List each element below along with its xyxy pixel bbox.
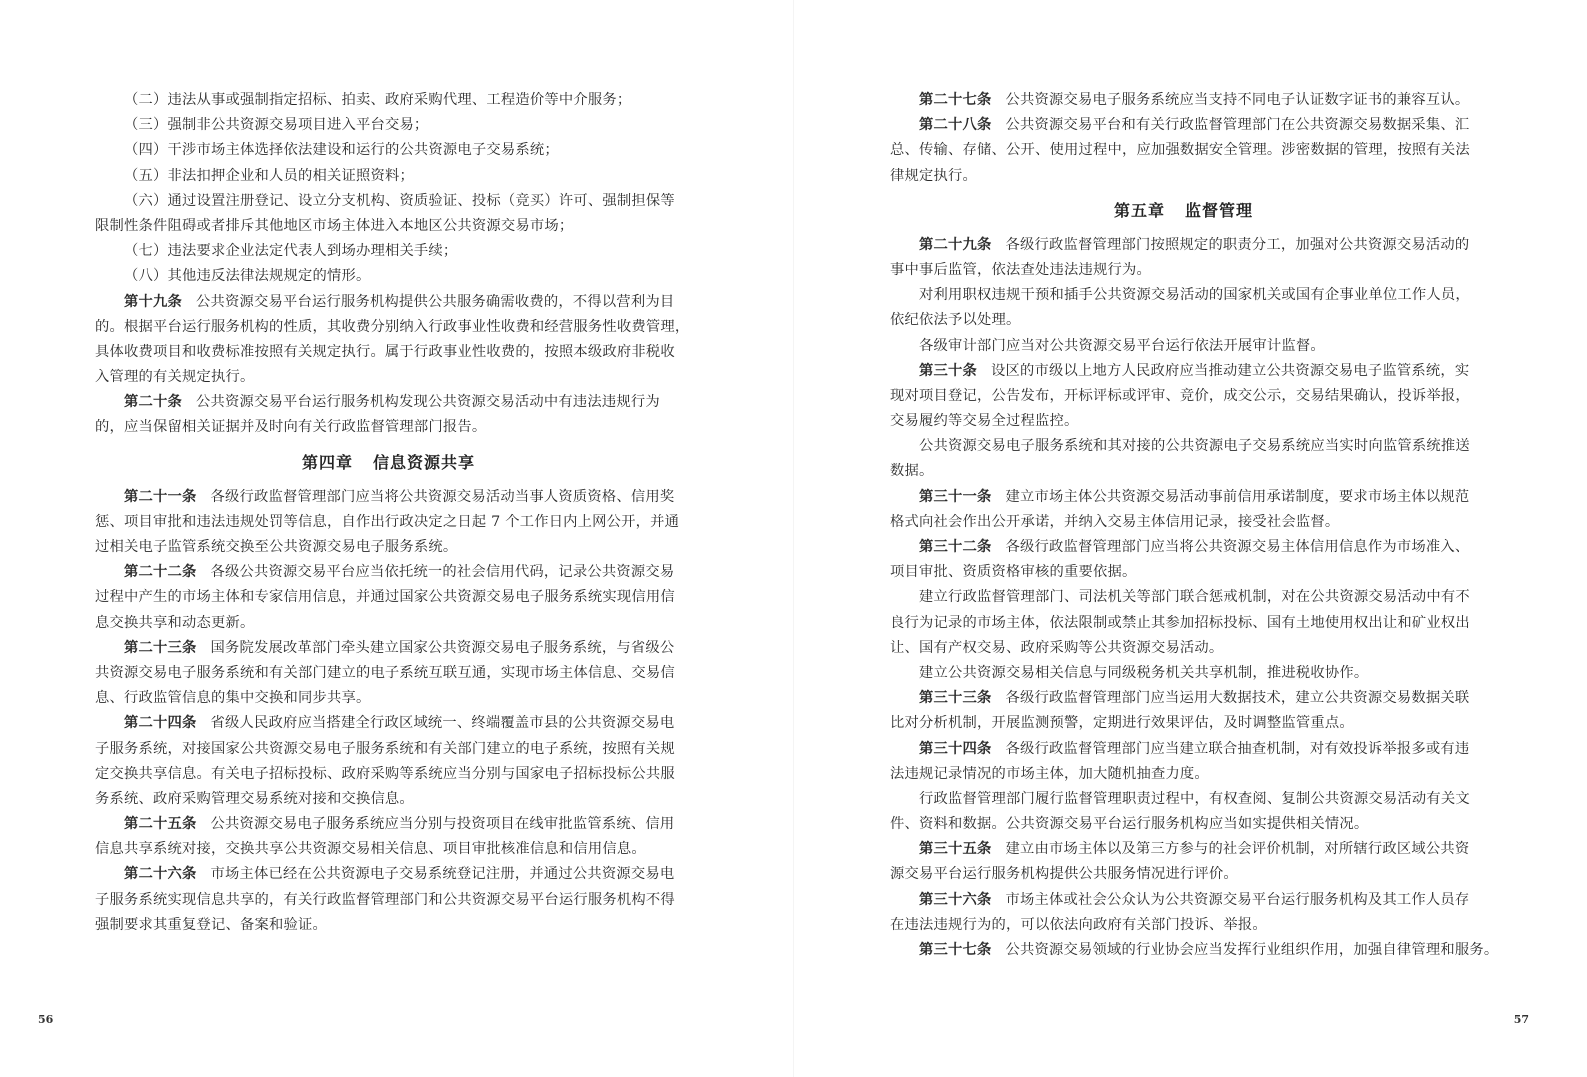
line-text: 律规定执行。: [890, 168, 977, 184]
line-text: 公共资源交易平台和有关行政监督管理部门在公共资源交易数据采集、汇: [1005, 117, 1469, 133]
line-text: 建立由市场主体以及第三方参与的社会评价机制，对所辖行政区域公共资: [1005, 841, 1469, 857]
line-text: 各级行政监督管理部门应当将公共资源交易活动当事人资质资格、信用奖: [210, 489, 674, 505]
article-number: 第二十五条: [124, 816, 196, 832]
article-number: 第二十六条: [124, 866, 196, 882]
text-line: 行政监督管理部门履行监督管理职责过程中，有权查阅、复制公共资源交易活动有关文: [890, 787, 1477, 812]
line-text: （六）通过设置注册登记、设立分支机构、资质验证、投标（竞买）许可、强制担保等: [124, 193, 675, 209]
article-line: 第二十八条公共资源交易平台和有关行政监督管理部门在公共资源交易数据采集、汇: [890, 113, 1477, 138]
line-text: 公共资源交易平台运行服务机构提供公共服务确需收费的，不得以营利为目: [196, 294, 674, 310]
text-line: 依纪依法予以处理。: [890, 308, 1477, 333]
line-text: 子服务系统，对接国家公共资源交易电子服务系统和有关部门建立的电子系统，按照有关规: [95, 741, 675, 757]
line-text: 信息共享系统对接，交换共享公共资源交易相关信息、项目审批核准信息和信用信息。: [95, 841, 646, 857]
left-page: （二）违法从事或强制指定招标、拍卖、政府采购代理、工程造价等中介服务；（三）强制…: [0, 0, 793, 1077]
article-number: 第三十五条: [919, 841, 991, 857]
line-text: 在违法违规行为的，可以依法向政府有关部门投诉、举报。: [890, 917, 1267, 933]
chapter-number: 第四章: [302, 453, 353, 472]
article-line: 第二十二条各级公共资源交易平台应当依托统一的社会信用代码，记录公共资源交易: [95, 560, 682, 585]
article-number: 第十九条: [124, 294, 182, 310]
article-line: 第三十条设区的市级以上地方人民政府应当推动建立公共资源交易电子监管系统，实: [890, 359, 1477, 384]
line-text: 建立公共资源交易相关信息与同级税务机关共享机制，推进税收协作。: [919, 665, 1368, 681]
text-line: （四）干涉市场主体选择依法建设和运行的公共资源电子交易系统；: [95, 138, 682, 163]
text-line: 格式向社会作出公开承诺，并纳入交易主体信用记录，接受社会监督。: [890, 510, 1477, 535]
line-text: 市场主体或社会公众认为公共资源交易平台运行服务机构及其工作人员存: [1005, 892, 1469, 908]
text-line: 项目审批、资质资格审核的重要依据。: [890, 560, 1477, 585]
line-text: 良行为记录的市场主体，依法限制或禁止其参加招标投标、国有土地使用权出让和矿业权出: [890, 615, 1470, 631]
article-line: 第十九条公共资源交易平台运行服务机构提供公共服务确需收费的，不得以营利为目: [95, 290, 682, 315]
line-text: 建立市场主体公共资源交易活动事前信用承诺制度，要求市场主体以规范: [1005, 489, 1469, 505]
article-number: 第二十三条: [124, 640, 196, 656]
line-text: 市场主体已经在公共资源电子交易系统登记注册，并通过公共资源交易电: [210, 866, 674, 882]
line-text: 各级行政监督管理部门按照规定的职责分工，加强对公共资源交易活动的: [1005, 237, 1469, 253]
text-line: 务系统、政府采购管理交易系统对接和交换信息。: [95, 787, 682, 812]
text-line: 总、传输、存储、公开、使用过程中，应加强数据安全管理。涉密数据的管理，按照有关法: [890, 138, 1477, 163]
line-text: 设区的市级以上地方人民政府应当推动建立公共资源交易电子监管系统，实: [991, 363, 1469, 379]
line-text: 惩、项目审批和违法违规处罚等信息，自作出行政决定之日起 7 个工作日内上网公开，…: [95, 514, 679, 530]
line-text: 公共资源交易电子服务系统和其对接的公共资源电子交易系统应当实时向监管系统推送: [919, 438, 1470, 454]
text-line: 信息共享系统对接，交换共享公共资源交易相关信息、项目审批核准信息和信用信息。: [95, 837, 682, 862]
text-line: 事中事后监管，依法查处违法违规行为。: [890, 258, 1477, 283]
article-line: 第二十四条省级人民政府应当搭建全行政区域统一、终端覆盖市县的公共资源交易电: [95, 711, 682, 736]
text-line: 法违规记录情况的市场主体，加大随机抽查力度。: [890, 762, 1477, 787]
line-text: 限制性条件阻碍或者排斥其他地区市场主体进入本地区公共资源交易市场；: [95, 218, 573, 234]
line-text: 项目审批、资质资格审核的重要依据。: [890, 564, 1136, 580]
line-text: 事中事后监管，依法查处违法违规行为。: [890, 262, 1151, 278]
line-text: 息、行政监管信息的集中交换和同步共享。: [95, 690, 370, 706]
article-line: 第二十六条市场主体已经在公共资源电子交易系统登记注册，并通过公共资源交易电: [95, 862, 682, 887]
text-line: 限制性条件阻碍或者排斥其他地区市场主体进入本地区公共资源交易市场；: [95, 214, 682, 239]
line-text: 的，应当保留相关证据并及时向有关行政监督管理部门报告。: [95, 419, 486, 435]
article-number: 第三十四条: [919, 741, 991, 757]
article-line: 第二十七条公共资源交易电子服务系统应当支持不同电子认证数字证书的兼容互认。: [890, 88, 1477, 113]
article-number: 第二十条: [124, 394, 182, 410]
line-text: 子服务系统实现信息共享的，有关行政监督管理部门和公共资源交易平台运行服务机构不得: [95, 892, 675, 908]
line-text: 省级人民政府应当搭建全行政区域统一、终端覆盖市县的公共资源交易电: [210, 715, 674, 731]
line-text: 国务院发展改革部门牵头建立国家公共资源交易电子服务系统，与省级公: [210, 640, 674, 656]
text-line: 良行为记录的市场主体，依法限制或禁止其参加招标投标、国有土地使用权出让和矿业权出: [890, 611, 1477, 636]
text-line: 子服务系统，对接国家公共资源交易电子服务系统和有关部门建立的电子系统，按照有关规: [95, 737, 682, 762]
line-text: 交易履约等交易全过程监控。: [890, 413, 1078, 429]
left-page-text: （二）违法从事或强制指定招标、拍卖、政府采购代理、工程造价等中介服务；（三）强制…: [95, 88, 682, 938]
article-line: 第三十四条各级行政监督管理部门应当建立联合抽查机制，对有效投诉举报多或有违: [890, 737, 1477, 762]
article-number: 第二十八条: [919, 117, 991, 133]
line-text: 务系统、政府采购管理交易系统对接和交换信息。: [95, 791, 414, 807]
chapter-heading: 第四章信息资源共享: [95, 441, 682, 485]
text-line: （七）违法要求企业法定代表人到场办理相关手续；: [95, 239, 682, 264]
text-line: （三）强制非公共资源交易项目进入平台交易；: [95, 113, 682, 138]
line-text: 法违规记录情况的市场主体，加大随机抽查力度。: [890, 766, 1209, 782]
line-text: 依纪依法予以处理。: [890, 312, 1020, 328]
article-number: 第二十一条: [124, 489, 196, 505]
line-text: 现对项目登记，公告发布，开标评标或评审、竞价，成交公示，交易结果确认，投诉举报，: [890, 388, 1470, 404]
chapter-title: 监督管理: [1185, 201, 1253, 220]
text-line: 公共资源交易电子服务系统和其对接的公共资源电子交易系统应当实时向监管系统推送: [890, 434, 1477, 459]
text-line: 比对分析机制，开展监测预警，定期进行效果评估，及时调整监管重点。: [890, 711, 1477, 736]
line-text: 定交换共享信息。有关电子招标投标、政府采购等系统应当分别与国家电子招标投标公共服: [95, 766, 675, 782]
page-number-right: 57: [1514, 1013, 1529, 1026]
chapter-title: 信息资源共享: [373, 453, 475, 472]
line-text: （三）强制非公共资源交易项目进入平台交易；: [124, 117, 428, 133]
chapter-number: 第五章: [1114, 201, 1165, 220]
text-line: 入管理的有关规定执行。: [95, 365, 682, 390]
article-line: 第二十条公共资源交易平台运行服务机构发现公共资源交易活动中有违法违规行为: [95, 390, 682, 415]
line-text: 公共资源交易平台运行服务机构发现公共资源交易活动中有违法违规行为: [196, 394, 660, 410]
text-line: 律规定执行。: [890, 164, 1477, 189]
article-number: 第二十四条: [124, 715, 196, 731]
text-line: 件、资料和数据。公共资源交易平台运行服务机构应当如实提供相关情况。: [890, 812, 1477, 837]
line-text: （七）违法要求企业法定代表人到场办理相关手续；: [124, 243, 457, 259]
line-text: 让、国有产权交易、政府采购等公共资源交易活动。: [890, 640, 1223, 656]
line-text: 格式向社会作出公开承诺，并纳入交易主体信用记录，接受社会监督。: [890, 514, 1339, 530]
article-line: 第二十三条国务院发展改革部门牵头建立国家公共资源交易电子服务系统，与省级公: [95, 636, 682, 661]
text-line: （五）非法扣押企业和人员的相关证照资料；: [95, 164, 682, 189]
article-number: 第三十条: [919, 363, 977, 379]
article-line: 第三十三条各级行政监督管理部门应当运用大数据技术，建立公共资源交易数据关联: [890, 686, 1477, 711]
line-text: 息交换共享和动态更新。: [95, 615, 254, 631]
text-line: （六）通过设置注册登记、设立分支机构、资质验证、投标（竞买）许可、强制担保等: [95, 189, 682, 214]
text-line: 的。根据平台运行服务机构的性质，其收费分别纳入行政事业性收费和经营服务性收费管理…: [95, 315, 682, 340]
line-text: （二）违法从事或强制指定招标、拍卖、政府采购代理、工程造价等中介服务；: [124, 92, 631, 108]
article-number: 第二十二条: [124, 564, 196, 580]
line-text: 总、传输、存储、公开、使用过程中，应加强数据安全管理。涉密数据的管理，按照有关法: [890, 142, 1470, 158]
text-line: （二）违法从事或强制指定招标、拍卖、政府采购代理、工程造价等中介服务；: [95, 88, 682, 113]
text-line: 的，应当保留相关证据并及时向有关行政监督管理部门报告。: [95, 415, 682, 440]
article-line: 第三十一条建立市场主体公共资源交易活动事前信用承诺制度，要求市场主体以规范: [890, 485, 1477, 510]
text-line: （八）其他违反法律法规规定的情形。: [95, 264, 682, 289]
text-line: 各级审计部门应当对公共资源交易平台运行依法开展审计监督。: [890, 334, 1477, 359]
text-line: 过相关电子监管系统交换至公共资源交易电子服务系统。: [95, 535, 682, 560]
article-number: 第二十七条: [919, 92, 991, 108]
right-page-text: 第二十七条公共资源交易电子服务系统应当支持不同电子认证数字证书的兼容互认。第二十…: [890, 88, 1477, 963]
line-text: 公共资源交易领域的行业协会应当发挥行业组织作用，加强自律管理和服务。: [1005, 942, 1498, 958]
line-text: （八）其他违反法律法规规定的情形。: [124, 268, 370, 284]
line-text: 过程中产生的市场主体和专家信用信息，并通过国家公共资源交易电子服务系统实现信用信: [95, 589, 675, 605]
text-line: 惩、项目审批和违法违规处罚等信息，自作出行政决定之日起 7 个工作日内上网公开，…: [95, 510, 682, 535]
line-text: 具体收费项目和收费标准按照有关规定执行。属于行政事业性收费的，按照本级政府非税收: [95, 344, 675, 360]
article-number: 第三十一条: [919, 489, 991, 505]
text-line: 定交换共享信息。有关电子招标投标、政府采购等系统应当分别与国家电子招标投标公共服: [95, 762, 682, 787]
line-text: 数据。: [890, 463, 934, 479]
text-line: 让、国有产权交易、政府采购等公共资源交易活动。: [890, 636, 1477, 661]
line-text: 比对分析机制，开展监测预警，定期进行效果评估，及时调整监管重点。: [890, 715, 1354, 731]
line-text: 各级审计部门应当对公共资源交易平台运行依法开展审计监督。: [919, 338, 1325, 354]
line-text: 各级公共资源交易平台应当依托统一的社会信用代码，记录公共资源交易: [210, 564, 674, 580]
text-line: 对利用职权违规干预和插手公共资源交易活动的国家机关或国有企事业单位工作人员，: [890, 283, 1477, 308]
line-text: 过相关电子监管系统交换至公共资源交易电子服务系统。: [95, 539, 457, 555]
line-text: （五）非法扣押企业和人员的相关证照资料；: [124, 168, 414, 184]
text-line: 共资源交易电子服务系统和有关部门建立的电子系统互联互通，实现市场主体信息、交易信: [95, 661, 682, 686]
chapter-heading: 第五章监督管理: [890, 189, 1477, 233]
line-text: 对利用职权违规干预和插手公共资源交易活动的国家机关或国有企事业单位工作人员，: [919, 287, 1470, 303]
article-line: 第二十九条各级行政监督管理部门按照规定的职责分工，加强对公共资源交易活动的: [890, 233, 1477, 258]
article-line: 第三十七条公共资源交易领域的行业协会应当发挥行业组织作用，加强自律管理和服务。: [890, 938, 1477, 963]
article-line: 第二十五条公共资源交易电子服务系统应当分别与投资项目在线审批监管系统、信用: [95, 812, 682, 837]
article-line: 第三十五条建立由市场主体以及第三方参与的社会评价机制，对所辖行政区域公共资: [890, 837, 1477, 862]
line-text: 各级行政监督管理部门应当建立联合抽查机制，对有效投诉举报多或有违: [1005, 741, 1469, 757]
line-text: 共资源交易电子服务系统和有关部门建立的电子系统互联互通，实现市场主体信息、交易信: [95, 665, 675, 681]
text-line: 息交换共享和动态更新。: [95, 611, 682, 636]
line-text: （四）干涉市场主体选择依法建设和运行的公共资源电子交易系统；: [124, 142, 559, 158]
line-text: 公共资源交易电子服务系统应当分别与投资项目在线审批监管系统、信用: [210, 816, 674, 832]
page-number-left: 56: [38, 1013, 53, 1026]
text-line: 具体收费项目和收费标准按照有关规定执行。属于行政事业性收费的，按照本级政府非税收: [95, 340, 682, 365]
article-line: 第二十一条各级行政监督管理部门应当将公共资源交易活动当事人资质资格、信用奖: [95, 485, 682, 510]
text-line: 建立公共资源交易相关信息与同级税务机关共享机制，推进税收协作。: [890, 661, 1477, 686]
article-number: 第三十七条: [919, 942, 991, 958]
article-line: 第三十六条市场主体或社会公众认为公共资源交易平台运行服务机构及其工作人员存: [890, 888, 1477, 913]
article-number: 第三十二条: [919, 539, 991, 555]
line-text: 件、资料和数据。公共资源交易平台运行服务机构应当如实提供相关情况。: [890, 816, 1368, 832]
text-line: 现对项目登记，公告发布，开标评标或评审、竞价，成交公示，交易结果确认，投诉举报，: [890, 384, 1477, 409]
line-text: 建立行政监督管理部门、司法机关等部门联合惩戒机制，对在公共资源交易活动中有不: [919, 589, 1470, 605]
line-text: 强制要求其重复登记、备案和验证。: [95, 917, 327, 933]
line-text: 公共资源交易电子服务系统应当支持不同电子认证数字证书的兼容互认。: [1005, 92, 1469, 108]
line-text: 各级行政监督管理部门应当将公共资源交易主体信用信息作为市场准入、: [1005, 539, 1469, 555]
line-text: 各级行政监督管理部门应当运用大数据技术，建立公共资源交易数据关联: [1005, 690, 1469, 706]
article-line: 第三十二条各级行政监督管理部门应当将公共资源交易主体信用信息作为市场准入、: [890, 535, 1477, 560]
line-text: 的。根据平台运行服务机构的性质，其收费分别纳入行政事业性收费和经营服务性收费管理…: [95, 319, 689, 335]
text-line: 交易履约等交易全过程监控。: [890, 409, 1477, 434]
text-line: 息、行政监管信息的集中交换和同步共享。: [95, 686, 682, 711]
text-line: 子服务系统实现信息共享的，有关行政监督管理部门和公共资源交易平台运行服务机构不得: [95, 888, 682, 913]
article-number: 第三十六条: [919, 892, 991, 908]
article-number: 第三十三条: [919, 690, 991, 706]
text-line: 过程中产生的市场主体和专家信用信息，并通过国家公共资源交易电子服务系统实现信用信: [95, 585, 682, 610]
line-text: 源交易平台运行服务机构提供公共服务情况进行评价。: [890, 866, 1238, 882]
article-number: 第二十九条: [919, 237, 991, 253]
line-text: 行政监督管理部门履行监督管理职责过程中，有权查阅、复制公共资源交易活动有关文: [919, 791, 1470, 807]
right-page: 第二十七条公共资源交易电子服务系统应当支持不同电子认证数字证书的兼容互认。第二十…: [794, 0, 1587, 1077]
text-line: 数据。: [890, 459, 1477, 484]
text-line: 源交易平台运行服务机构提供公共服务情况进行评价。: [890, 862, 1477, 887]
text-line: 强制要求其重复登记、备案和验证。: [95, 913, 682, 938]
text-line: 建立行政监督管理部门、司法机关等部门联合惩戒机制，对在公共资源交易活动中有不: [890, 585, 1477, 610]
text-line: 在违法违规行为的，可以依法向政府有关部门投诉、举报。: [890, 913, 1477, 938]
line-text: 入管理的有关规定执行。: [95, 369, 254, 385]
